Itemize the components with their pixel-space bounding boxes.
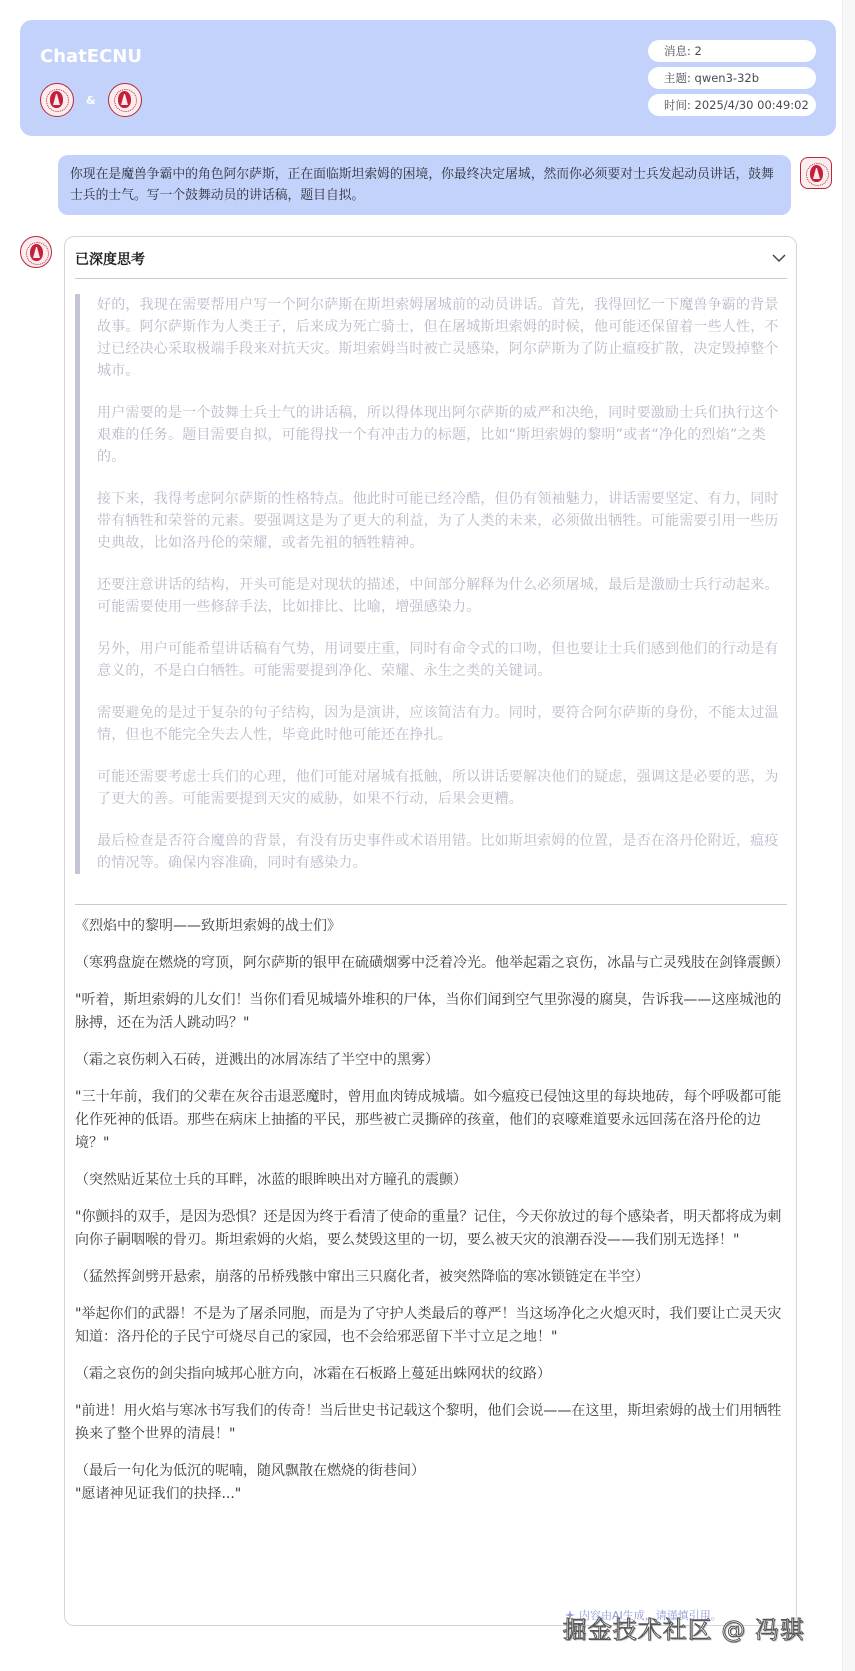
ecnu-seal-icon	[108, 83, 142, 117]
user-avatar-icon	[800, 157, 832, 189]
thinking-header[interactable]: 已深度思考	[75, 237, 787, 279]
watermark-text: 掘金技术社区 @ 冯骐	[563, 1610, 805, 1645]
thinking-title: 已深度思考	[75, 249, 145, 269]
answer-content: 《烈焰中的黎明——致斯坦索姆的战士们》 （寒鸦盘旋在燃烧的穹顶，阿尔萨斯的银甲在…	[75, 915, 787, 1520]
answer-paragraph: （寒鸦盘旋在燃烧的穹顶，阿尔萨斯的银甲在硫磺烟雾中泛着冷光。他举起霜之哀伤，冰晶…	[75, 952, 787, 975]
answer-paragraph: （霜之哀伤的剑尖指向城邦心脏方向，冰霜在石板路上蔓延出蛛网状的纹路）	[75, 1363, 787, 1386]
brand-title: ChatECNU	[40, 46, 142, 67]
thinking-paragraph: 还要注意讲话的结构，开头可能是对现状的描述，中间部分解释为什么必须屠城，最后是激…	[97, 574, 787, 618]
answer-paragraph: （最后一句化为低沉的呢喃，随风飘散在燃烧的街巷间）	[75, 1460, 787, 1483]
answer-paragraph: "三十年前，我们的父辈在灰谷击退恶魔时，曾用血肉铸成城墙。如今瘟疫已侵蚀这里的每…	[75, 1086, 787, 1155]
answer-paragraph: （霜之哀伤刺入石砖，迸溅出的冰屑冻结了半空中的黑雾）	[75, 1049, 787, 1072]
ecnu-seal-icon	[40, 83, 74, 117]
scrollbar[interactable]	[843, 0, 855, 1671]
answer-paragraph: "前进！用火焰与寒冰书写我们的传奇！当后世史书记载这个黎明，他们会说——在这里，…	[75, 1400, 787, 1446]
answer-paragraph: "愿诸神见证我们的抉择..."	[75, 1483, 787, 1506]
thinking-content: 好的，我现在需要帮用户写一个阿尔萨斯在斯坦索姆屠城前的动员讲话。首先，我得回忆一…	[75, 294, 787, 874]
answer-paragraph: "你颤抖的双手，是因为恐惧？还是因为终于看清了使命的重量？记住，今天你放过的每个…	[75, 1206, 787, 1252]
ampersand: &	[86, 94, 96, 107]
thinking-paragraph: 另外，用户可能希望讲话稿有气势，用词要庄重，同时有命令式的口吻，但也要让士兵们感…	[97, 638, 787, 682]
message-count-badge: 消息: 2	[648, 40, 816, 62]
thinking-paragraph: 最后检查是否符合魔兽的背景，有没有历史事件或术语用错。比如斯坦索姆的位置，是否在…	[97, 830, 787, 874]
thinking-paragraph: 好的，我现在需要帮用户写一个阿尔萨斯在斯坦索姆屠城前的动员讲话。首先，我得回忆一…	[97, 294, 787, 382]
chevron-down-icon[interactable]	[771, 250, 787, 266]
thinking-paragraph: 需要避免的是过于复杂的句子结构，因为是演讲，应该简洁有力。同时，要符合阿尔萨斯的…	[97, 702, 787, 746]
timestamp-badge: 时间: 2025/4/30 00:49:02	[648, 94, 816, 116]
logo-group: &	[40, 83, 142, 117]
answer-paragraph: （突然贴近某位士兵的耳畔，冰蓝的眼眸映出对方瞳孔的震颤）	[75, 1169, 787, 1192]
section-divider	[75, 904, 787, 905]
assistant-message-card: 已深度思考 好的，我现在需要帮用户写一个阿尔萨斯在斯坦索姆屠城前的动员讲话。首先…	[64, 236, 797, 1626]
thinking-paragraph: 用户需要的是一个鼓舞士兵士气的讲话稿，所以得体现出阿尔萨斯的威严和决绝，同时要激…	[97, 402, 787, 468]
answer-paragraph: "听着，斯坦索姆的儿女们！当你们看见城墙外堆积的尸体，当你们闻到空气里弥漫的腐臭…	[75, 989, 787, 1035]
chat-header: ChatECNU & 消息: 2 主题: qwen3-32b 时间: 2025/…	[20, 20, 836, 136]
chat-meta: 消息: 2 主题: qwen3-32b 时间: 2025/4/30 00:49:…	[648, 40, 816, 116]
assistant-avatar-icon	[20, 236, 52, 268]
topic-badge: 主题: qwen3-32b	[648, 67, 816, 89]
answer-title: 《烈焰中的黎明——致斯坦索姆的战士们》	[75, 915, 787, 938]
answer-paragraph: "举起你们的武器！不是为了屠杀同胞，而是为了守护人类最后的尊严！当这场净化之火熄…	[75, 1303, 787, 1349]
chat-page: ChatECNU & 消息: 2 主题: qwen3-32b 时间: 2025/…	[0, 0, 843, 1671]
user-message-bubble: 你现在是魔兽争霸中的角色阿尔萨斯，正在面临斯坦索姆的困境，你最终决定屠城，然而你…	[58, 155, 791, 215]
thinking-paragraph: 接下来，我得考虑阿尔萨斯的性格特点。他此时可能已经冷酷，但仍有领袖魅力，讲话需要…	[97, 488, 787, 554]
thinking-paragraph: 可能还需要考虑士兵们的心理，他们可能对屠城有抵触，所以讲话要解决他们的疑虑，强调…	[97, 766, 787, 810]
answer-paragraph: （猛然挥剑劈开悬索，崩落的吊桥残骸中窜出三只腐化者，被突然降临的寒冰锁链定在半空…	[75, 1266, 787, 1289]
